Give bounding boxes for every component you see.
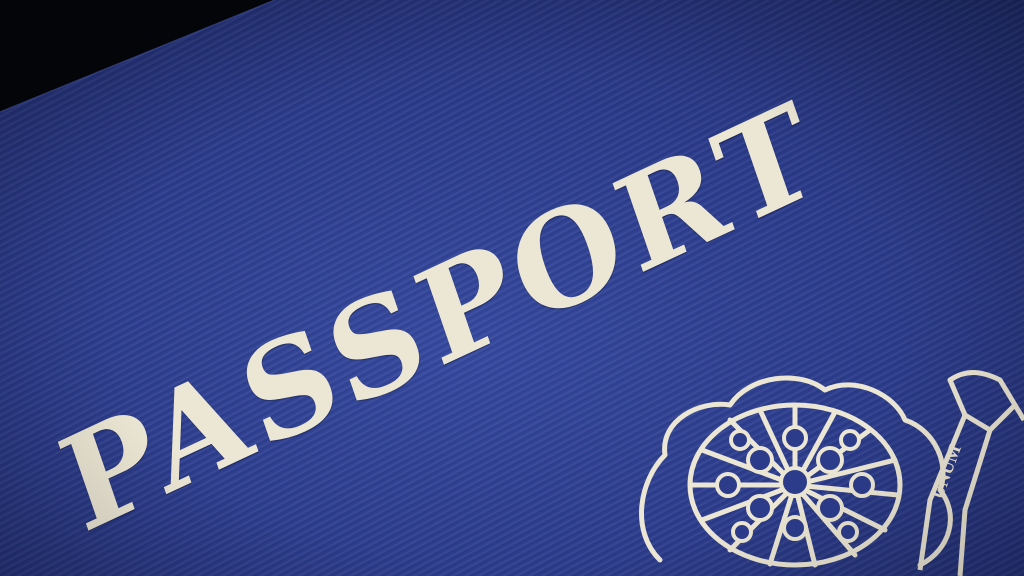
passport-photo: PASSPORT — [0, 0, 1024, 576]
eagle-seal-emblem: UNUM — [620, 360, 1024, 576]
ribbon-text: UNUM — [927, 442, 965, 501]
stars — [717, 427, 873, 541]
